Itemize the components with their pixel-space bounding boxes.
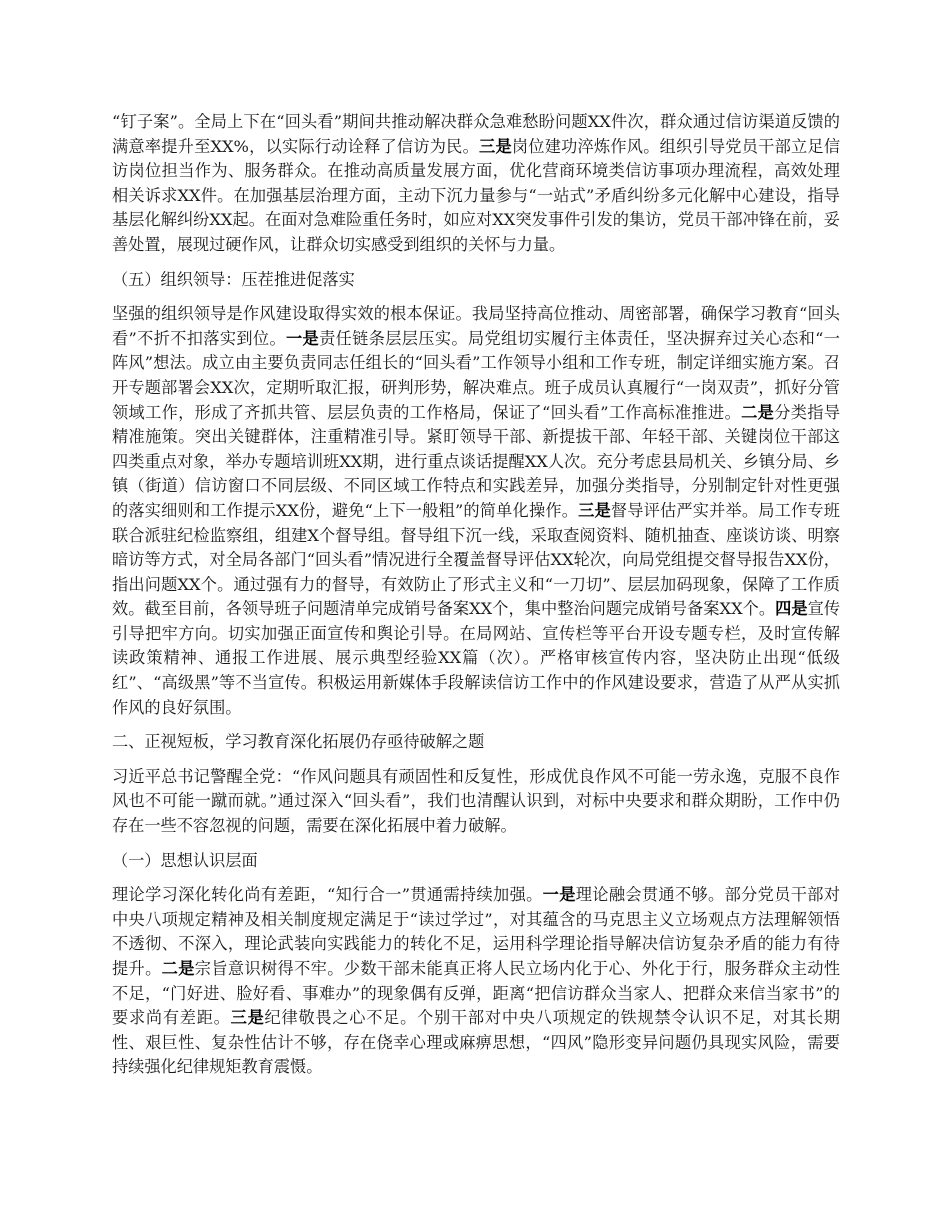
paragraph-continuation: “钉子案”。全局上下在“回头看”期间共推动解决群众急难愁盼问题XX件次，群众通过…	[112, 110, 840, 258]
emphasis-label: 三是	[578, 501, 611, 520]
section-heading-shortcomings: 二、正视短板，学习教育深化拓展仍存亟待破解之题	[112, 730, 840, 755]
emphasis-label: 一是	[543, 885, 576, 904]
emphasis-label: 三是	[231, 1008, 265, 1027]
paragraph-ideological-awareness: 理论学习深化转化尚有差距，“知行合一”贯通需持续加强。一是理论融会贯通不够。部分…	[112, 883, 840, 1080]
paragraph-organization-leadership: 坚强的组织领导是作风建设取得实效的根本保证。我局坚持高位推动、周密部署，确保学习…	[112, 302, 840, 720]
emphasis-label: 四是	[775, 599, 807, 618]
emphasis-label: 三是	[479, 137, 512, 156]
document-page: “钉子案”。全局上下在“回头看”期间共推动解决群众急难愁盼问题XX件次，群众通过…	[112, 110, 840, 1090]
paragraph-shortcomings-intro: 习近平总书记警醒全党：“作风问题具有顽固性和反复性，形成优良作风不可能一劳永逸，…	[112, 765, 840, 839]
section-heading-ideological-awareness: （一）思想认识层面	[112, 849, 840, 874]
emphasis-label: 一是	[286, 329, 319, 348]
section-heading-organization-leadership: （五）组织领导：压茬推进促落实	[112, 268, 840, 293]
emphasis-label: 二是	[741, 403, 774, 422]
emphasis-label: 二是	[162, 959, 195, 978]
